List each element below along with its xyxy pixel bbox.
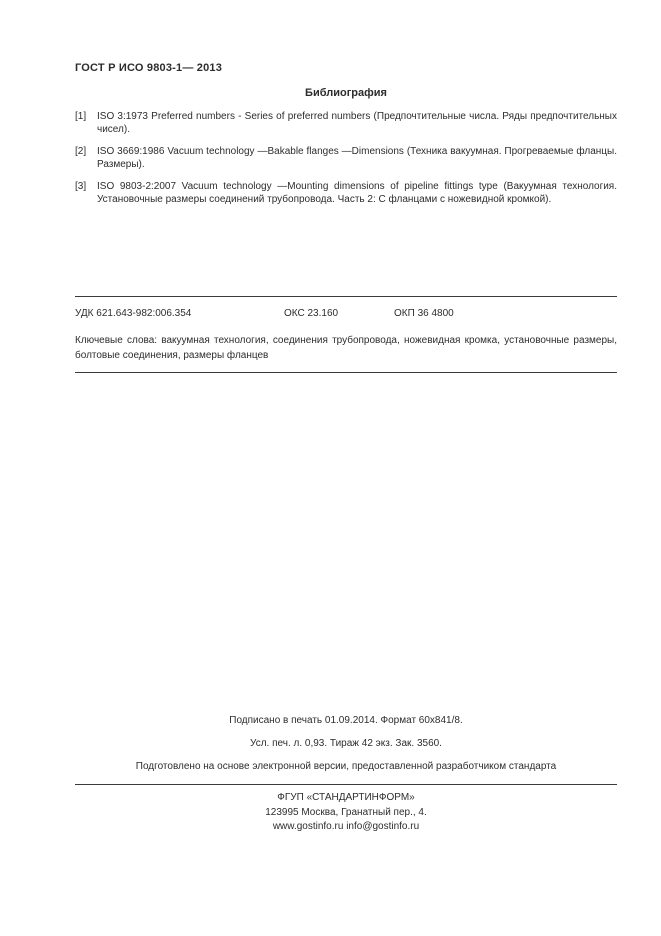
print-imprint-block: Подписано в печать 01.09.2014. Формат 60…: [75, 715, 617, 773]
imprint-print-run: Усл. печ. л. 0,93. Тираж 42 экз. Зак. 35…: [75, 738, 617, 750]
classification-row: УДК 621.643-982:006.354 ОКС 23.160 ОКП 3…: [75, 308, 617, 320]
publisher-contacts: www.gostinfo.ru info@gostinfo.ru: [75, 820, 617, 835]
horizontal-rule: [75, 296, 617, 297]
bibliography-entry-text: ISO 3669:1986 Vacuum technology —Bakable…: [97, 146, 617, 171]
bibliography-entry: [2] ISO 3669:1986 Vacuum technology —Bak…: [75, 146, 617, 171]
imprint-signed-to-print: Подписано в печать 01.09.2014. Формат 60…: [75, 715, 617, 727]
publisher-name: ФГУП «СТАНДАРТИНФОРМ»: [75, 791, 617, 806]
imprint-prepared-note: Подготовлено на основе электронной верси…: [75, 761, 617, 773]
horizontal-rule: [75, 784, 617, 785]
bibliography-entry-text: ISO 9803-2:2007 Vacuum technology —Mount…: [97, 181, 617, 206]
publisher-block: ФГУП «СТАНДАРТИНФОРМ» 123995 Москва, Гра…: [75, 791, 617, 835]
okp-code: ОКП 36 4800: [394, 308, 617, 320]
bibliography-entry-marker: [1]: [75, 111, 97, 136]
udk-code: УДК 621.643-982:006.354: [75, 308, 284, 320]
document-page: ГОСТ Р ИСО 9803-1— 2013 Библиография [1]…: [0, 0, 661, 936]
standard-designation: ГОСТ Р ИСО 9803-1— 2013: [75, 62, 617, 74]
bibliography-entry-marker: [2]: [75, 146, 97, 171]
bibliography-entry-marker: [3]: [75, 181, 97, 206]
keywords-paragraph: Ключевые слова: вакуумная технология, со…: [75, 333, 617, 363]
publisher-address: 123995 Москва, Гранатный пер., 4.: [75, 806, 617, 821]
horizontal-rule: [75, 372, 617, 373]
oks-code: ОКС 23.160: [284, 308, 394, 320]
page-content: ГОСТ Р ИСО 9803-1— 2013 Библиография [1]…: [75, 0, 617, 835]
bibliography-entry-text: ISO 3:1973 Preferred numbers - Series of…: [97, 111, 617, 136]
bibliography-entry: [1] ISO 3:1973 Preferred numbers - Serie…: [75, 111, 617, 136]
bibliography-entry: [3] ISO 9803-2:2007 Vacuum technology —M…: [75, 181, 617, 206]
bibliography-list: [1] ISO 3:1973 Preferred numbers - Serie…: [75, 111, 617, 206]
section-title-bibliography: Библиография: [75, 87, 617, 99]
